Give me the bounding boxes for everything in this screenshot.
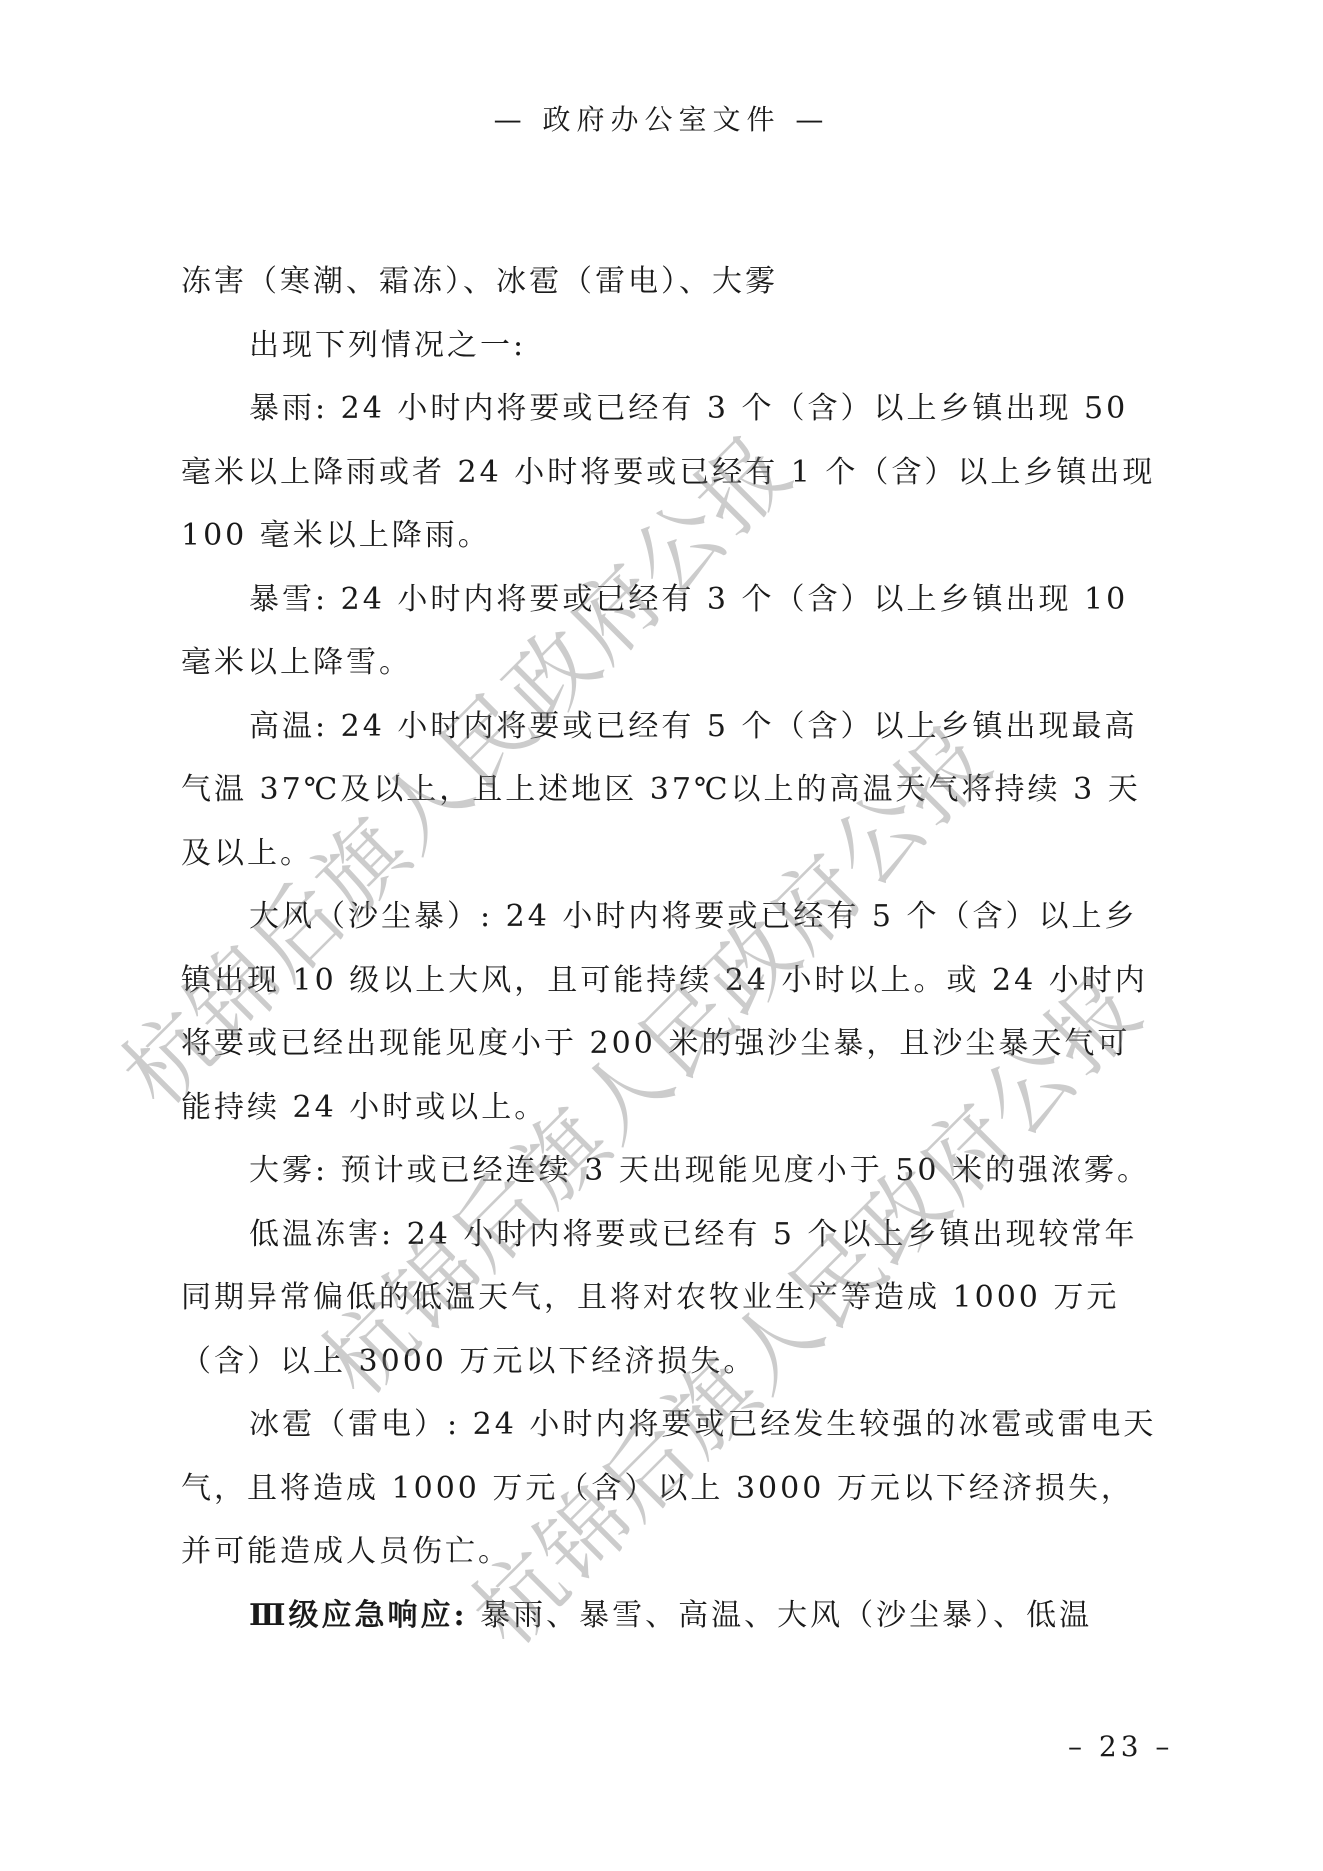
paragraph-continuation: 冻害（寒潮、霜冻）、冰雹（雷电）、大雾 xyxy=(181,250,1161,314)
paragraph-rainstorm: 暴雨: 24 小时内将要或已经有 3 个（含）以上乡镇出现 50 毫米以上降雨或… xyxy=(181,377,1161,568)
paragraph-high-temperature: 高温: 24 小时内将要或已经有 5 个（含）以上乡镇出现最高气温 37℃及以上… xyxy=(181,695,1161,886)
level3-response-text: 暴雨、暴雪、高温、大风（沙尘暴）、低温 xyxy=(468,1598,1093,1633)
document-header: — 政府办公室文件 — xyxy=(0,98,1323,138)
document-body: 冻害（寒潮、霜冻）、冰雹（雷电）、大雾 出现下列情况之一: 暴雨: 24 小时内… xyxy=(181,250,1161,1647)
paragraph-low-temperature-frost: 低温冻害: 24 小时内将要或已经有 5 个以上乡镇出现较常年同期异常偏低的低温… xyxy=(181,1203,1161,1394)
paragraph-fog: 大雾: 预计或已经连续 3 天出现能见度小于 50 米的强浓雾。 xyxy=(181,1139,1161,1203)
paragraph-snowstorm: 暴雪: 24 小时内将要或已经有 3 个（含）以上乡镇出现 10 毫米以上降雪。 xyxy=(181,568,1161,695)
paragraph-hail-thunder: 冰雹（雷电）: 24 小时内将要或已经发生较强的冰雹或雷电天气，且将造成 100… xyxy=(181,1393,1161,1584)
paragraph-level3-response: Ⅲ级应急响应: 暴雨、暴雪、高温、大风（沙尘暴）、低温 xyxy=(181,1584,1161,1648)
level3-response-heading: Ⅲ级应急响应: xyxy=(249,1598,468,1633)
page-number: – 23 – xyxy=(1068,1730,1173,1763)
paragraph-gale-sandstorm: 大风（沙尘暴）: 24 小时内将要或已经有 5 个（含）以上乡镇出现 10 级以… xyxy=(181,885,1161,1139)
paragraph-conditions-intro: 出现下列情况之一: xyxy=(181,314,1161,378)
